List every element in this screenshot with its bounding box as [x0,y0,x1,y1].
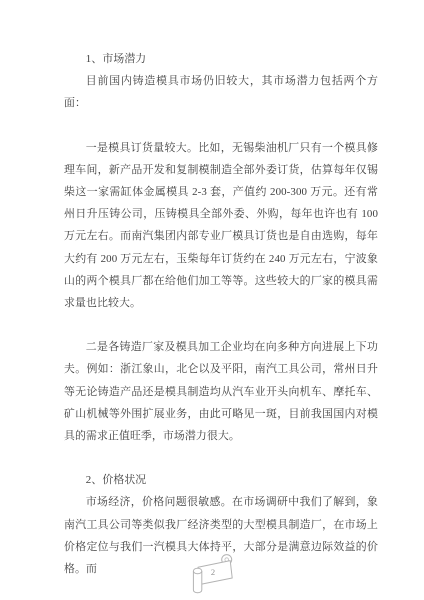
paragraph-order-volume: 一是模具订货量较大。比如，无锡柴油机厂只有一个模具修理车间，新产品开发和复制模制… [64,137,378,315]
page-footer: 2 [182,551,248,597]
paragraph-expansion: 二是各铸造厂家及模具加工企业均在向多种方向进展上下功夫。例如：浙江象山，北仑以及… [64,336,378,447]
paragraph-intro: 目前国内铸造模具市场仍旧较大，其市场潜力包括两个方面： [64,70,378,114]
page-number: 2 [211,567,215,577]
section-heading-market-potential: 1、市场潜力 [64,48,378,70]
section-heading-price-status: 2、价格状况 [64,469,378,491]
scroll-banner-icon: 2 [182,551,248,597]
document-page: 1、市场潜力 目前国内铸造模具市场仍旧较大，其市场潜力包括两个方面： 一是模具订… [0,0,424,600]
document-text-block: 1、市场潜力 目前国内铸造模具市场仍旧较大，其市场潜力包括两个方面： 一是模具订… [64,48,378,580]
